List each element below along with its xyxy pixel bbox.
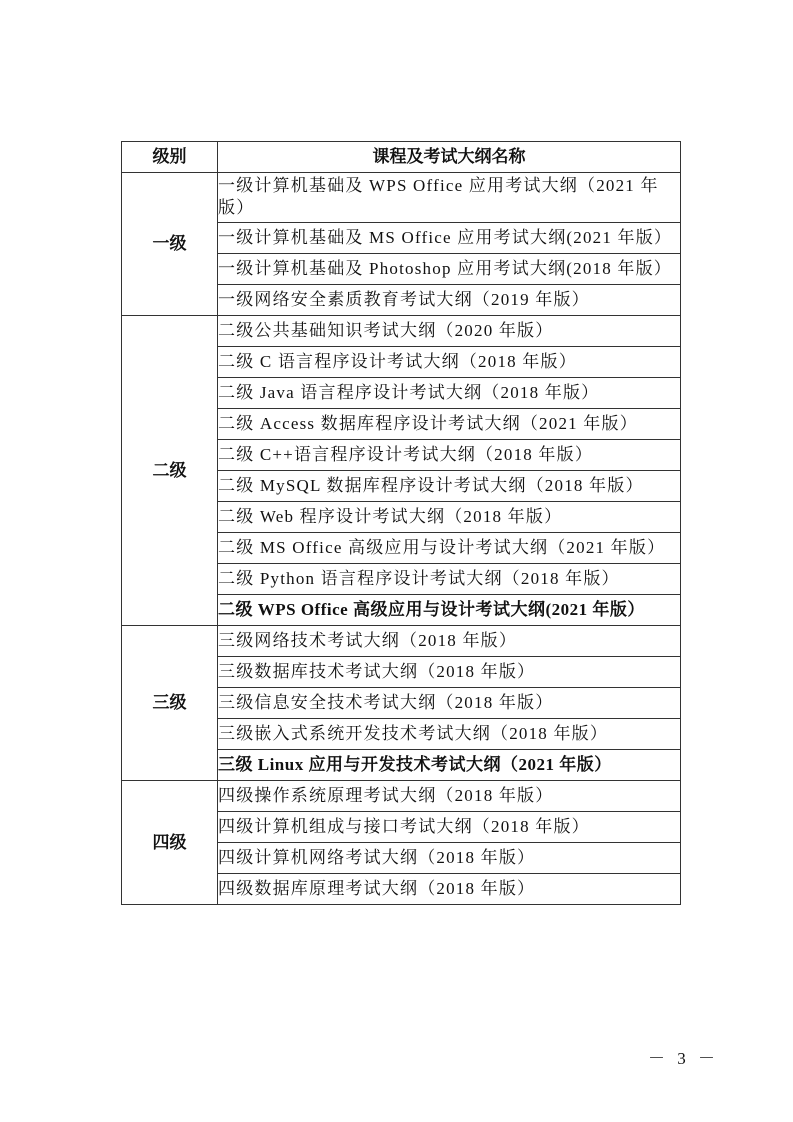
- level-cell: 一级: [122, 173, 218, 316]
- course-name-cell: 三级信息安全技术考试大纲（2018 年版）: [218, 688, 681, 719]
- course-name-cell: 二级 Access 数据库程序设计考试大纲（2021 年版）: [218, 409, 681, 440]
- course-name-cell: 二级 WPS Office 高级应用与设计考试大纲(2021 年版）: [218, 595, 681, 626]
- course-name-cell: 一级计算机基础及 MS Office 应用考试大纲(2021 年版）: [218, 223, 681, 254]
- course-name-cell: 一级计算机基础及 WPS Office 应用考试大纲（2021 年版）: [218, 173, 681, 223]
- course-name-cell: 二级公共基础知识考试大纲（2020 年版）: [218, 316, 681, 347]
- table-row: 三级三级网络技术考试大纲（2018 年版）: [122, 626, 681, 657]
- course-name-cell: 二级 Web 程序设计考试大纲（2018 年版）: [218, 502, 681, 533]
- table-header-row: 级别 课程及考试大纲名称: [122, 142, 681, 173]
- course-name-cell: 一级计算机基础及 Photoshop 应用考试大纲(2018 年版）: [218, 254, 681, 285]
- course-name-cell: 一级网络安全素质教育考试大纲（2019 年版）: [218, 285, 681, 316]
- level-cell: 三级: [122, 626, 218, 781]
- course-name-cell: 三级嵌入式系统开发技术考试大纲（2018 年版）: [218, 719, 681, 750]
- course-name-cell: 四级数据库原理考试大纲（2018 年版）: [218, 874, 681, 905]
- course-name-cell: 二级 MS Office 高级应用与设计考试大纲（2021 年版）: [218, 533, 681, 564]
- syllabus-table: 级别 课程及考试大纲名称 一级一级计算机基础及 WPS Office 应用考试大…: [121, 141, 681, 905]
- course-name-cell: 二级 MySQL 数据库程序设计考试大纲（2018 年版）: [218, 471, 681, 502]
- course-name-cell: 三级 Linux 应用与开发技术考试大纲（2021 年版）: [218, 750, 681, 781]
- course-name-cell: 三级网络技术考试大纲（2018 年版）: [218, 626, 681, 657]
- table-row: 一级一级计算机基础及 WPS Office 应用考试大纲（2021 年版）: [122, 173, 681, 223]
- course-name-cell: 二级 C++语言程序设计考试大纲（2018 年版）: [218, 440, 681, 471]
- level-cell: 二级: [122, 316, 218, 626]
- level-cell: 四级: [122, 781, 218, 905]
- course-name-cell: 三级数据库技术考试大纲（2018 年版）: [218, 657, 681, 688]
- page-number: － 3 －: [648, 1044, 719, 1069]
- course-name-cell: 四级操作系统原理考试大纲（2018 年版）: [218, 781, 681, 812]
- table-row: 二级二级公共基础知识考试大纲（2020 年版）: [122, 316, 681, 347]
- course-name-cell: 四级计算机网络考试大纲（2018 年版）: [218, 843, 681, 874]
- table-row: 四级四级操作系统原理考试大纲（2018 年版）: [122, 781, 681, 812]
- header-course-name: 课程及考试大纲名称: [218, 142, 681, 173]
- course-name-cell: 二级 Python 语言程序设计考试大纲（2018 年版）: [218, 564, 681, 595]
- course-name-cell: 二级 Java 语言程序设计考试大纲（2018 年版）: [218, 378, 681, 409]
- header-level: 级别: [122, 142, 218, 173]
- course-name-cell: 二级 C 语言程序设计考试大纲（2018 年版）: [218, 347, 681, 378]
- course-name-cell: 四级计算机组成与接口考试大纲（2018 年版）: [218, 812, 681, 843]
